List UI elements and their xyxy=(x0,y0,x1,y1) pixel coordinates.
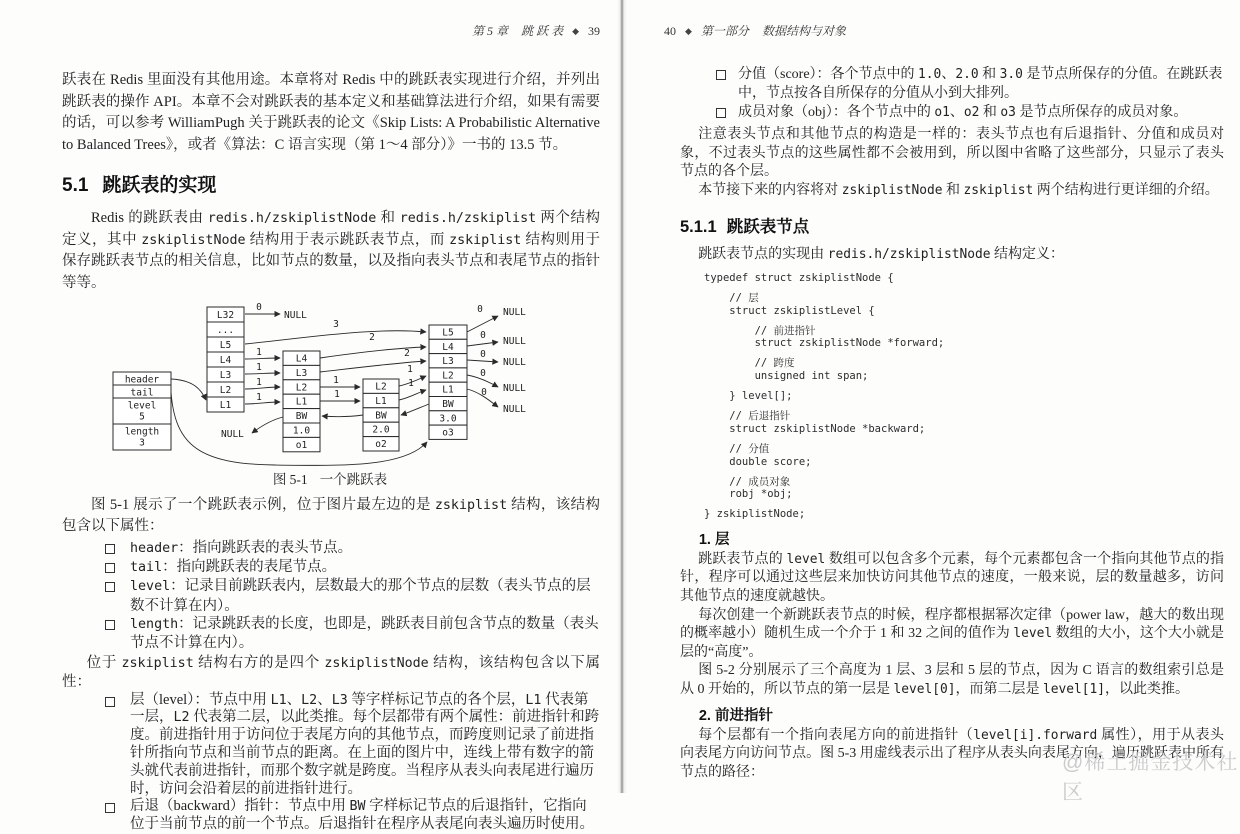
watermark: @稀土掘金技术社区 xyxy=(1062,746,1240,793)
code-line: struct zskiplistLevel { xyxy=(704,305,1224,318)
figure-label: NULL xyxy=(503,336,526,347)
figure-label: NULL xyxy=(284,310,307,321)
figure-label: BW xyxy=(375,410,387,421)
square-bullet-icon xyxy=(105,697,115,707)
figure-label: L3 xyxy=(220,370,231,381)
page-number: 40 xyxy=(664,24,676,38)
arrow-headL4-node1 xyxy=(245,358,280,359)
page-39: 第 5 章 跳 跃 表 ◆ 39 跃表在 Redis 里面没有其他用途。本章将对… xyxy=(62,22,600,793)
page-40: 40 ◆ 第一部分 数据结构与对象 分值（score）：各个节点中的 1.0、2… xyxy=(664,22,1224,782)
figure-5-1: L32...L5L4L3L2L1L4L3L2L1BW1.0o1L2L1BW2.0… xyxy=(62,296,600,488)
figure-label: o1 xyxy=(296,440,308,451)
figure-label: NULL xyxy=(503,307,526,318)
figure-label: 3 xyxy=(139,438,145,449)
section-heading-5-1: 5.1跳跃表的实现 xyxy=(62,170,600,197)
arrow-headL3-node1 xyxy=(245,373,280,374)
arrow-n2BW-node1 xyxy=(322,415,363,417)
code-line: // 前进指针 xyxy=(704,325,1224,338)
paragraph-fig-5-2: 图 5-2 分别展示了三个高度为 1 层、3 层和 5 层的节点，因为 C 语言… xyxy=(680,662,1224,699)
code-line xyxy=(704,317,1224,325)
paragraph-note: 注意表头节点和其他节点的构造是一样的：表头节点也有后退指针、分值和成员对象，不过… xyxy=(680,126,1224,182)
figure-label: 1 xyxy=(333,375,339,386)
code-line: typedef struct zskiplistNode { xyxy=(704,272,1224,285)
figure-label: L2 xyxy=(220,385,231,396)
code-line: // 分值 xyxy=(704,443,1224,456)
figure-label: o3 xyxy=(442,428,453,439)
figure-label: length xyxy=(125,427,159,438)
code-line: // 跨度 xyxy=(704,357,1224,370)
square-bullet-icon xyxy=(716,70,726,80)
square-bullet-icon xyxy=(105,544,115,554)
figure-label: 0 xyxy=(256,302,262,313)
diamond-icon: ◆ xyxy=(679,26,698,36)
figure-label: 5 xyxy=(139,412,145,423)
running-head-chapter: 第 5 章 xyxy=(472,24,508,38)
code-line: struct zskiplistNode *forward; xyxy=(704,337,1224,350)
square-bullet-icon xyxy=(105,582,115,592)
figure-label: L1 xyxy=(220,400,232,411)
paragraph-power-law: 每次创建一个新跳跃表节点的时候，程序都根据幂次定律（power law，越大的数… xyxy=(680,607,1224,663)
arrow-n3L4-null xyxy=(467,342,498,346)
arrow-n1L4-node3 xyxy=(320,347,426,358)
paragraph-level-array: 跳跃表节点的 level 数组可以包含多个元素，每个元素都包含一个指向其他节点的… xyxy=(680,551,1224,607)
arrow-headL5-node3 xyxy=(245,331,426,344)
figure-label: L1 xyxy=(442,385,454,396)
list-item: 层（level）：节点中用 L1、L2、L3 等字样标记节点的各个层，L1 代表… xyxy=(62,692,600,793)
list-item-text: tail：指向跳跃表的表尾节点。 xyxy=(130,559,336,575)
zskiplistnode-property-list: 层（level）：节点中用 L1、L2、L3 等字样标记节点的各个层，L1 代表… xyxy=(62,692,600,793)
arrow-n1BW-null xyxy=(252,417,283,433)
figure-label: L4 xyxy=(296,354,308,365)
figure-label: tail xyxy=(131,388,154,399)
figure-label: 1 xyxy=(256,362,262,373)
code-line: unsigned int span; xyxy=(704,370,1224,383)
paragraph-intro: 跃表在 Redis 里面没有其他用途。本章将对 Redis 中的跳跃表实现进行介… xyxy=(62,70,600,156)
section-heading-5-1-1: 5.1.1跳跃表节点 xyxy=(680,213,1224,237)
figure-label: L2 xyxy=(375,382,386,393)
section-number: 5.1.1 xyxy=(680,218,717,236)
figure-label: 1 xyxy=(334,389,340,400)
figure-label: 2 xyxy=(404,348,410,359)
paragraph-next: 本节接下来的内容将对 zskiplistNode 和 zskiplist 两个结… xyxy=(680,182,1224,201)
list-item-text: 层（level）：节点中用 L1、L2、L3 等字样标记节点的各个层，L1 代表… xyxy=(130,692,599,793)
subheading-layer: 1. 层 xyxy=(680,528,1224,549)
list-item-text: length：记录跳跃表的长度，也即是，跳跃表目前包含节点的数量（表头节点不计算… xyxy=(130,616,599,651)
figure-label: L4 xyxy=(220,355,232,366)
figure-nodes: L32...L5L4L3L2L1L4L3L2L1BW1.0o1L2L1BW2.0… xyxy=(113,302,526,452)
arrow-n2L1-node3 xyxy=(399,390,426,400)
code-line xyxy=(704,285,1224,293)
figure-label: 3.0 xyxy=(439,413,456,424)
code-line: // 后退指针 xyxy=(704,410,1224,423)
figure-label: 1 xyxy=(256,347,262,358)
paragraph-structs: Redis 的跳跃表由 redis.h/zskiplistNode 和 redi… xyxy=(62,208,600,294)
figure-caption: 图 5-1一个跳跃表 xyxy=(95,471,565,488)
code-line xyxy=(704,468,1224,476)
page-gutter-divider xyxy=(617,0,627,793)
figure-label: L3 xyxy=(296,368,307,379)
square-bullet-icon xyxy=(105,563,115,573)
figure-label: NULL xyxy=(221,429,244,440)
figure-label: 3 xyxy=(333,319,339,330)
figure-label: L2 xyxy=(296,382,307,393)
running-head-title: 数据结构与对象 xyxy=(762,24,846,38)
code-line: struct zskiplistNode *backward; xyxy=(704,423,1224,436)
figure-label: L1 xyxy=(375,396,387,407)
list-item: header：指向跳跃表的表头节点。 xyxy=(62,539,600,558)
figure-label: 0 xyxy=(480,368,486,379)
figure-label: L5 xyxy=(442,328,453,339)
arrow-headL1-node1 xyxy=(245,402,280,404)
code-line: // 层 xyxy=(704,292,1224,305)
subheading-forward-pointer: 2. 前进指针 xyxy=(680,704,1224,725)
figure-label: header xyxy=(125,375,160,386)
code-listing-zskiplistnode: typedef struct zskiplistNode { // 层 stru… xyxy=(704,272,1224,521)
arrow-header-pointer xyxy=(171,379,206,400)
code-line: } level[]; xyxy=(704,390,1224,403)
figure-label: L1 xyxy=(296,397,308,408)
figure-label: 1.0 xyxy=(293,426,310,437)
figure-label: o2 xyxy=(375,439,386,450)
list-item: level：记录目前跳跃表内，层数最大的那个节点的层数（表头节点的层数不计算在内… xyxy=(62,577,600,614)
paragraph-node-structs: 位于 zskiplist 结构右方的是四个 zskiplistNode 结构，该… xyxy=(62,654,600,691)
running-head-part: 第一部分 xyxy=(701,24,749,38)
zskiplist-property-list: header：指向跳跃表的表头节点。 tail：指向跳跃表的表尾节点。 leve… xyxy=(62,539,600,652)
figure-label: 0 xyxy=(481,387,487,398)
running-head-right: 40 ◆ 第一部分 数据结构与对象 xyxy=(664,22,1224,37)
list-item: tail：指向跳跃表的表尾节点。 xyxy=(62,558,600,577)
figure-label: NULL xyxy=(503,383,526,394)
list-item: 成员对象（obj）：各个节点中的 o1、o2 和 o3 是节点所保存的成员对象。 xyxy=(680,103,1224,122)
code-line xyxy=(704,501,1224,509)
list-item-text: 分值（score）：各个节点中的 1.0、2.0 和 3.0 是节点所保存的分值… xyxy=(738,67,1222,101)
square-bullet-icon xyxy=(716,108,726,118)
paragraph-node-def: 跳跃表节点的实现由 redis.h/zskiplistNode 结构定义： xyxy=(680,246,1224,265)
figure-label: 1 xyxy=(256,392,262,403)
skiplist-diagram: L32...L5L4L3L2L1L4L3L2L1BW1.0o1L2L1BW2.0… xyxy=(95,296,565,470)
list-item-text: level：记录目前跳跃表内，层数最大的那个节点的层数（表头节点的层数不计算在内… xyxy=(130,578,591,613)
arrow-headL2-node1 xyxy=(245,387,280,389)
page-number: 39 xyxy=(588,24,600,38)
running-head-left: 第 5 章 跳 跃 表 ◆ 39 xyxy=(62,22,600,37)
figure-label: NULL xyxy=(503,404,526,415)
section-title: 跳跃表节点 xyxy=(727,218,810,236)
list-item: 分值（score）：各个节点中的 1.0、2.0 和 3.0 是节点所保存的分值… xyxy=(680,65,1224,103)
running-head-title: 跳 跃 表 xyxy=(521,24,563,38)
figure-label: L2 xyxy=(442,370,453,381)
figure-label: L3 xyxy=(442,356,453,367)
figure-label: L32 xyxy=(217,310,234,321)
square-bullet-icon xyxy=(105,620,115,630)
section-title: 跳跃表的实现 xyxy=(102,175,216,196)
code-line: } zskiplistNode; xyxy=(704,508,1224,521)
paragraph-figure-desc: 图 5-1 展示了一个跳跃表示例，位于图片最左边的是 zskiplist 结构，… xyxy=(62,495,600,537)
figure-label: 0 xyxy=(480,349,486,360)
figure-label: 0 xyxy=(480,330,486,341)
figure-label: 2 xyxy=(369,332,375,343)
node-value-list: 分值（score）：各个节点中的 1.0、2.0 和 3.0 是节点所保存的分值… xyxy=(680,65,1224,122)
diamond-icon: ◆ xyxy=(566,26,585,36)
code-line: double score; xyxy=(704,456,1224,469)
arrow-n3BW-node2 xyxy=(401,404,429,415)
caption-text: 一个跳跃表 xyxy=(320,472,388,487)
figure-label: level xyxy=(128,401,157,412)
code-line xyxy=(704,435,1224,443)
figure-label: BW xyxy=(442,399,454,410)
figure-label: 1 xyxy=(256,377,262,388)
figure-label: L4 xyxy=(442,342,454,353)
figure-label: 2.0 xyxy=(372,425,389,436)
section-number: 5.1 xyxy=(62,175,88,196)
code-line xyxy=(704,383,1224,391)
figure-label: ... xyxy=(217,325,234,336)
figure-label: BW xyxy=(296,411,308,422)
caption-number: 图 5-1 xyxy=(273,472,308,487)
list-item: length：记录跳跃表的长度，也即是，跳跃表目前包含节点的数量（表头节点不计算… xyxy=(62,615,600,652)
arrow-n3L3-null xyxy=(467,360,498,362)
figure-label: 0 xyxy=(477,304,483,315)
figure-label: NULL xyxy=(503,357,526,368)
figure-label: 1 xyxy=(407,364,413,375)
figure-label: L5 xyxy=(220,340,231,351)
list-item-text: 成员对象（obj）：各个节点中的 o1、o2 和 o3 是节点所保存的成员对象。 xyxy=(738,105,1187,120)
list-item-text: header：指向跳跃表的表头节点。 xyxy=(130,540,352,556)
code-line: robj *obj; xyxy=(704,488,1224,501)
figure-label: 1 xyxy=(408,378,414,389)
code-line: // 成员对象 xyxy=(704,476,1224,489)
